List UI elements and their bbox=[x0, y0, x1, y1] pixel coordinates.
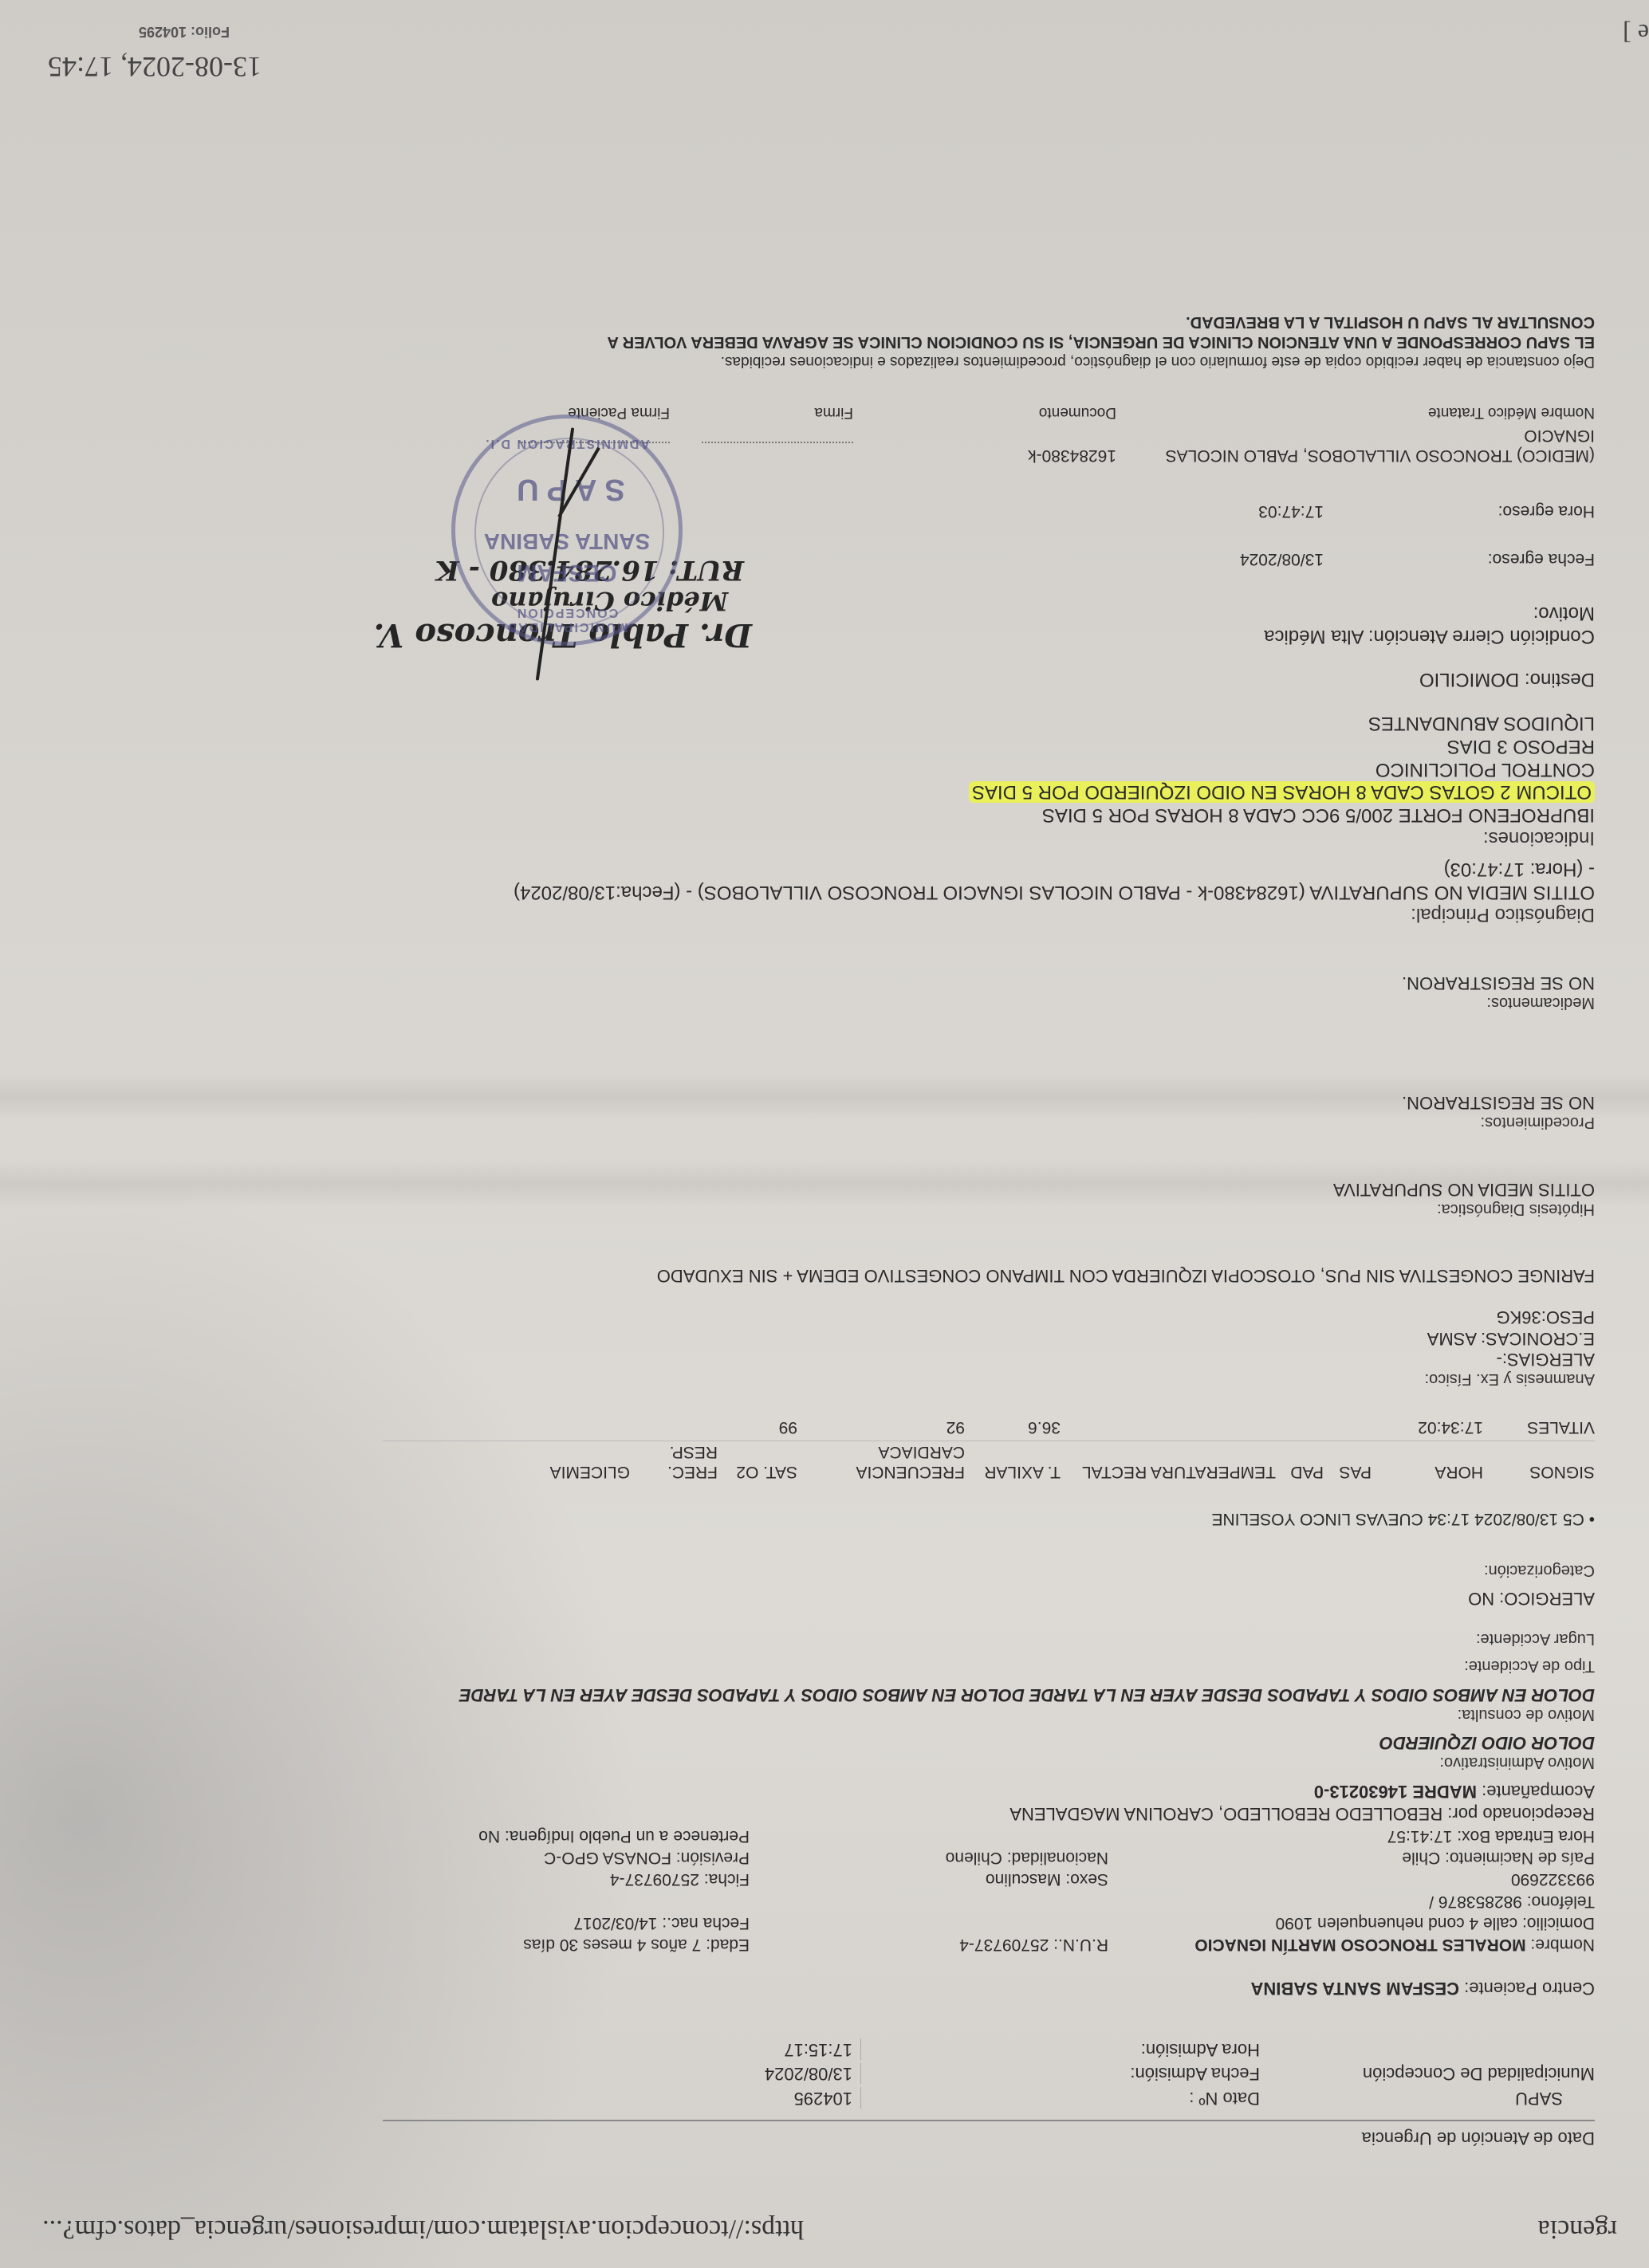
vitals-table-header: SIGNOSHORAPASPADTEMPERATURA RECTALT. AXI… bbox=[383, 1441, 1595, 1481]
admission-header: SAPU Dato Nº : 104295 Municipalidad De C… bbox=[383, 2038, 1595, 2108]
diagnostico-label: Diagnóstico Principal: bbox=[383, 903, 1595, 926]
hora-admision-label: Hora Admisión: bbox=[861, 2038, 1260, 2059]
vitals-header-cell: TEMPERATURA RECTAL bbox=[1061, 1441, 1276, 1481]
patient-phone: Teléfono: 982853876 / bbox=[1108, 1890, 1595, 1912]
motivo-admin-label: Motivo Administrativo: bbox=[383, 1753, 1595, 1772]
service-name: SAPU bbox=[1260, 2087, 1595, 2108]
recepcionado-por: Recepcionado por: REBOLLEDO REBOLLEDO, C… bbox=[383, 1803, 1595, 1824]
patient-nationality: Nacionalidad: Chileno bbox=[750, 1847, 1108, 1869]
signature-label: Firma bbox=[670, 403, 853, 421]
hipotesis-label: Hipótesis Diagnóstica: bbox=[383, 1200, 1595, 1219]
vitals-table-row: VITALES17:34:0236.69299 bbox=[383, 1417, 1595, 1437]
institution-name: Municipalidad De Concepción bbox=[1260, 2063, 1595, 2084]
hora-egreso: Hora egreso:17:47:03 bbox=[1498, 501, 1595, 521]
hipotesis-value: OTITIS MEDIA NO SUPURATIVA bbox=[383, 1178, 1595, 1199]
dato-label: Dato Nº : bbox=[861, 2087, 1260, 2108]
vitals-header-cell: T. AXILAR bbox=[965, 1441, 1061, 1481]
vitals-cell bbox=[542, 1417, 630, 1437]
cesfam-official-stamp: MUNICIPALIDAD CONCEPCION CESFAM SANTA SA… bbox=[451, 415, 683, 646]
centro-paciente: Centro Paciente: CESFAM SANTA SABINA bbox=[383, 1978, 1595, 1999]
motivo-admin-value: DOLOR OIDO IZQUIERDO bbox=[383, 1732, 1595, 1753]
patient-sex: Sexo: Masculino bbox=[750, 1869, 1108, 1890]
indicacion-item: OTICUM 2 GOTAS CADA 8 HORAS EN OIDO IZQU… bbox=[383, 780, 1595, 804]
vitals-cell bbox=[1061, 1417, 1276, 1437]
vitals-cell bbox=[1324, 1417, 1372, 1437]
tipo-accidente-label: Tipo de Accidente: bbox=[383, 1657, 1595, 1676]
patient-info-grid: Nombre: MORALES TRONCOSO MARTÍN IGNACIO … bbox=[383, 1826, 1595, 1956]
print-header: rgencia https://tconcepcion.avislatam.co… bbox=[22, 2196, 1617, 2244]
indicacion-item: IBUPROFENO FORTE 200/5 9CC CADA 8 HORAS … bbox=[383, 804, 1595, 827]
patient-name: Nombre: MORALES TRONCOSO MARTÍN IGNACIO bbox=[1108, 1934, 1595, 1956]
print-page-title: rgencia bbox=[1538, 2214, 1617, 2244]
vitals-header-cell: SAT. O2 bbox=[718, 1441, 797, 1481]
vitals-cell: VITALES bbox=[1483, 1417, 1595, 1437]
acompanante: Acompañante: MADRE 14630213-0 bbox=[383, 1780, 1595, 1801]
indicaciones-list: IBUPROFENO FORTE 200/5 9CC CADA 8 HORAS … bbox=[383, 711, 1595, 826]
hora-admision-value: 17:15:17 bbox=[622, 2038, 861, 2059]
vitals-cell: 17:34:02 bbox=[1372, 1417, 1483, 1437]
indicaciones-label: Indicaciones: bbox=[383, 826, 1595, 849]
print-footer-folio: Folio: 104295 bbox=[139, 23, 230, 40]
physical-exam: FARINGE CONGESTIVA SIN PUS, OTOSCOPIA IZ… bbox=[383, 1265, 1595, 1286]
vitals-header-cell: GLICEMIA bbox=[542, 1441, 630, 1481]
categorizacion-entry: • C5 13/08/2024 17:34 CUEVAS LINCO YOSEL… bbox=[383, 1509, 1595, 1529]
signature-label: Documento bbox=[853, 403, 1116, 421]
indicacion-item: LIQUIDOS ABUNDANTES bbox=[383, 711, 1595, 734]
dato-value: 104295 bbox=[622, 2087, 861, 2108]
vitals-cell: 36.6 bbox=[965, 1417, 1061, 1437]
vitals-cell bbox=[1276, 1417, 1324, 1437]
disclaimer: Dejo constancia de haber recibido copia … bbox=[383, 312, 1595, 371]
print-url: https://tconcepcion.avislatam.com/impres… bbox=[42, 2214, 804, 2244]
motivo-consulta-value: DOLOR EN AMBOS OIDOS Y TAPADOS DESDE AYE… bbox=[383, 1684, 1595, 1704]
fecha-admision-value: 13/08/2024 bbox=[622, 2063, 861, 2084]
vitals-header-cell: FREC. RESP. bbox=[630, 1441, 718, 1481]
vitals-header-cell: HORA bbox=[1372, 1441, 1483, 1481]
fecha-egreso: Fecha egreso:13/08/2024 bbox=[1488, 549, 1595, 569]
patient-prevision: Previsión: FONASA GPO-C bbox=[383, 1847, 750, 1869]
signature-label: Nombre Médico Tratante bbox=[1116, 403, 1595, 421]
medico-name: (MEDICO) TRONCOSO VILLALOBOS, PABLO NICO… bbox=[1116, 426, 1595, 466]
photographed-document: rgencia https://tconcepcion.avislatam.co… bbox=[0, 0, 1649, 2268]
vitals-header-cell: FRECUENCIA CARDIACA bbox=[797, 1441, 965, 1481]
anamnesis-label: Anamnesis y Ex. Físico: bbox=[383, 1370, 1595, 1389]
anamnesis-lines: ALERGIAS:-E.CRONICAS: ASMAPESO:36KG bbox=[383, 1307, 1595, 1370]
patient-run: R.U.N.: 25709737-4 bbox=[750, 1934, 1108, 1956]
procedimientos-label: Procedimientos: bbox=[383, 1113, 1595, 1132]
patient-ficha: Ficha: 25709737-4 bbox=[610, 1869, 750, 1889]
lugar-accidente-label: Lugar Accidente: bbox=[383, 1629, 1595, 1649]
anamnesis-line: PESO:36KG bbox=[383, 1307, 1595, 1327]
fecha-admision-label: Fecha Admisión: bbox=[861, 2063, 1260, 2084]
indicacion-item: CONTROL POLICLINICO bbox=[383, 757, 1595, 780]
alergico-value: ALERGICO: NO bbox=[383, 1588, 1595, 1609]
print-footer-timestamp: 13-08-2024, 17:45 bbox=[48, 50, 262, 84]
vitals-cell bbox=[630, 1417, 718, 1437]
diagnostico-line-1: OTITIS MEDIA NO SUPURATIVA (16284380-k -… bbox=[383, 880, 1595, 903]
procedimientos-value: NO SE REGISTRARON. bbox=[383, 1092, 1595, 1113]
indicacion-item: REPOSO 3 DIAS bbox=[383, 734, 1595, 757]
vitals-cell: 99 bbox=[718, 1417, 797, 1437]
categorizacion-label: Categorización: bbox=[383, 1561, 1595, 1580]
vitals-header-cell: SIGNOS bbox=[1483, 1441, 1595, 1481]
section-title: Dato de Atención de Urgencia bbox=[383, 2128, 1595, 2148]
patient-birth-country: País de Nacimiento: Chile bbox=[1108, 1847, 1595, 1869]
vitals-header-cell: PAD bbox=[1276, 1441, 1324, 1481]
firma-line bbox=[702, 442, 853, 443]
anamnesis-line: ALERGIAS:- bbox=[383, 1349, 1595, 1370]
medico-document: 16284380-k bbox=[853, 426, 1116, 466]
anamnesis-line: E.CRONICAS: ASMA bbox=[383, 1327, 1595, 1348]
patient-age: Edad: 7 años 4 meses 30 días bbox=[383, 1934, 750, 1956]
patient-address: Domicilio: calle 4 cond nehuenquelen 109… bbox=[1108, 1912, 1595, 1934]
diagnostico-line-2: - (Hora: 17:47:03) bbox=[383, 857, 1595, 880]
hora-entrada-box: Hora Entrada Box: 17:41:57 bbox=[1108, 1826, 1595, 1847]
patient-birthdate: Fecha nac.: 14/03/2017 bbox=[383, 1912, 750, 1934]
page-marker: e ] bbox=[1623, 18, 1649, 48]
patient-phone-2: 993322690 bbox=[1108, 1869, 1595, 1890]
patient-indigenous: Pertenece a un Pueblo Indígena: No bbox=[383, 1826, 750, 1847]
medicamentos-label: Medicamentos: bbox=[383, 993, 1595, 1012]
destino: Destino: DOMICILIO bbox=[383, 668, 1595, 691]
vitals-header-cell: PAS bbox=[1324, 1441, 1372, 1481]
medicamentos-value: NO SE REGISTRARON. bbox=[383, 972, 1595, 992]
vitals-cell: 92 bbox=[797, 1417, 965, 1437]
motivo-consulta-label: Motivo de consulta: bbox=[383, 1705, 1595, 1724]
divider bbox=[383, 2120, 1595, 2121]
